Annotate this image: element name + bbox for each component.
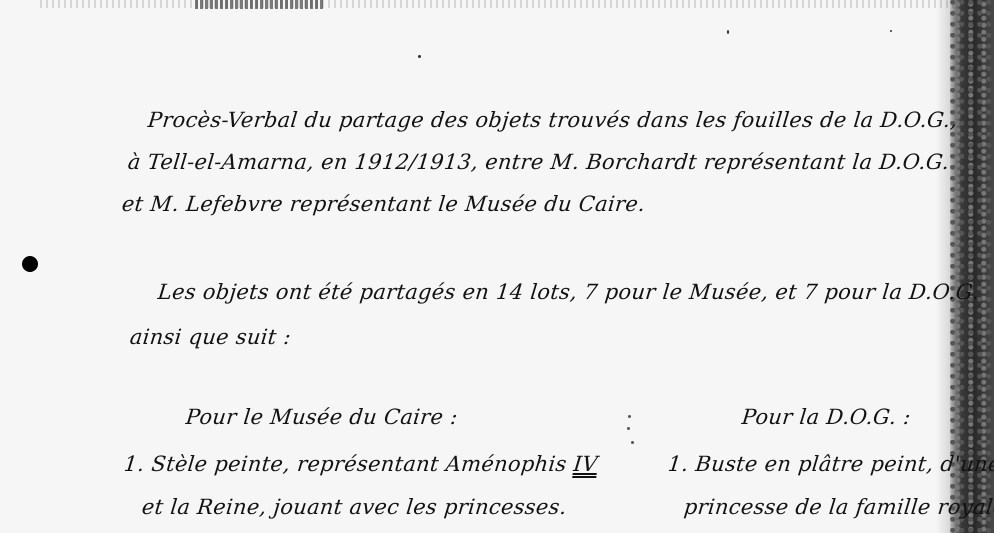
right-item-1-number: 1. bbox=[667, 452, 690, 476]
right-item-1: 1. Buste en plâtre peint, d'une bbox=[667, 452, 994, 476]
scan-top-edge-dark-noise bbox=[195, 0, 325, 9]
scan-speck bbox=[890, 30, 892, 32]
column-separator-dots bbox=[628, 415, 632, 455]
left-item-1-number: 1. bbox=[123, 452, 146, 476]
left-item-1-regnal-numeral: IV bbox=[572, 452, 599, 476]
scan-speck bbox=[418, 55, 421, 58]
left-column-heading: Pour le Musée du Caire : bbox=[185, 405, 459, 429]
punch-hole-mark bbox=[22, 256, 38, 272]
intro-line-2: ainsi que suit : bbox=[129, 325, 293, 349]
scanned-document-page: Procès-Verbal du partage des objets trou… bbox=[0, 0, 994, 533]
right-item-1-line-2: princesse de la famille royale bbox=[683, 495, 994, 519]
title-line-1: Procès-Verbal du partage des objets trou… bbox=[147, 108, 959, 132]
right-item-1-line-1: Buste en plâtre peint, d'une bbox=[694, 452, 994, 476]
title-line-3: et M. Lefebvre représentant le Musée du … bbox=[121, 192, 647, 216]
left-item-1-line-1: Stèle peinte, représentant Aménophis bbox=[150, 452, 568, 476]
title-line-2: à Tell-el-Amarna, en 1912/1913, entre M.… bbox=[127, 150, 951, 174]
left-item-1: 1. Stèle peinte, représentant Aménophis … bbox=[123, 452, 599, 476]
left-item-1-line-2: et la Reine, jouant avec les princesses. bbox=[141, 495, 568, 519]
intro-line-1: Les objets ont été partagés en 14 lots, … bbox=[157, 280, 981, 304]
right-column-heading: Pour la D.O.G. : bbox=[741, 405, 912, 429]
scan-top-edge-noise bbox=[40, 0, 980, 8]
scan-speck bbox=[727, 30, 729, 34]
